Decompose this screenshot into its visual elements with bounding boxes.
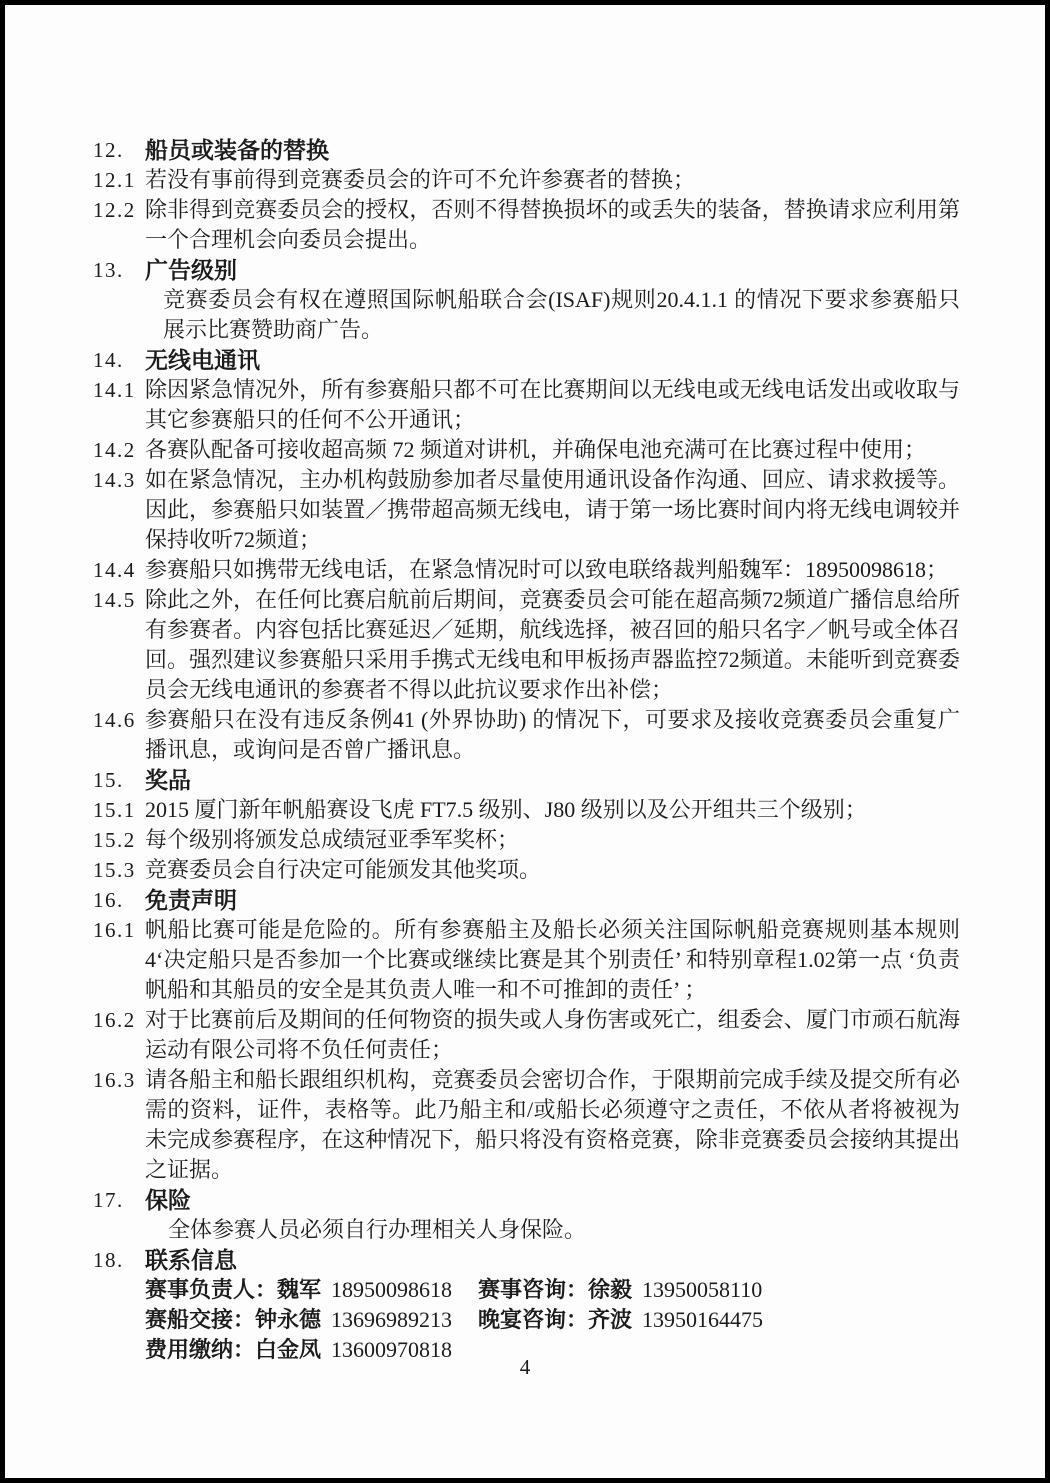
contact-entry: 赛船交接：钟永德 13696989213 xyxy=(145,1305,478,1335)
section-17-body: 全体参赛人员必须自行办理相关人身保险。 xyxy=(93,1215,960,1245)
section-title: 船员或装备的替换 xyxy=(145,135,329,165)
clause-text: 各赛队配备可接收超高频 72 频道对讲机，并确保电池充满可在比赛过程中使用； xyxy=(145,435,960,465)
clause-number: 14.1 xyxy=(93,375,145,405)
page-number: 4 xyxy=(5,1355,1045,1380)
clause-number: 15.3 xyxy=(93,855,145,885)
section-number: 16. xyxy=(93,885,145,915)
contact-label: 晚宴咨询：齐波 xyxy=(478,1305,632,1335)
contact-list: 赛事负责人：魏军 18950098618 赛事咨询：徐毅 13950058110… xyxy=(145,1275,960,1365)
contact-info-block: 赛事负责人：魏军 18950098618 赛事咨询：徐毅 13950058110… xyxy=(93,1275,960,1365)
clause-text: 竞赛委员会自行决定可能颁发其他奖项。 xyxy=(145,855,960,885)
clause-number: 14.2 xyxy=(93,435,145,465)
contact-phone: 13950164475 xyxy=(642,1305,763,1335)
clause-number: 14.4 xyxy=(93,555,145,585)
clause-12-2: 12.2 除非得到竞赛委员会的授权，否则不得替换损坏的或丢失的装备，替换请求应利… xyxy=(93,195,960,255)
clause-text: 除因紧急情况外，所有参赛船只都不可在比赛期间以无线电或无线电话发出或收取与其它参… xyxy=(145,375,960,435)
clause-number: 16.3 xyxy=(93,1065,145,1095)
section-body-text: 全体参赛人员必须自行办理相关人身保险。 xyxy=(145,1215,960,1245)
clause-14-3: 14.3 如在紧急情况，主办机构鼓励参加者尽量使用通讯设备作沟通、回应、请求救援… xyxy=(93,465,960,555)
clause-number: 14.3 xyxy=(93,465,145,495)
clause-text: 对于比赛前后及期间的任何物资的损失或人身伤害或死亡，组委会、厦门市顽石航海运动有… xyxy=(145,1005,960,1065)
document-content: 12. 船员或装备的替换 12.1 若没有事前得到竞赛委员会的许可不允许参赛者的… xyxy=(5,5,1045,1365)
contact-phone: 18950098618 xyxy=(331,1275,452,1305)
contact-row-1: 赛事负责人：魏军 18950098618 赛事咨询：徐毅 13950058110 xyxy=(145,1275,960,1305)
clause-16-2: 16.2 对于比赛前后及期间的任何物资的损失或人身伤害或死亡，组委会、厦门市顽石… xyxy=(93,1005,960,1065)
clause-text: 参赛船只在没有违反条例41 (外界协助) 的情况下，可要求及接收竞赛委员会重复广… xyxy=(145,705,960,765)
section-title: 无线电通讯 xyxy=(145,345,260,375)
section-heading-15: 15. 奖品 xyxy=(93,765,960,795)
section-title: 广告级别 xyxy=(145,255,237,285)
contact-row-2: 赛船交接：钟永德 13696989213 晚宴咨询：齐波 13950164475 xyxy=(145,1305,960,1335)
clause-text: 请各船主和船长跟组织机构，竞赛委员会密切合作，于限期前完成手续及提交所有必需的资… xyxy=(145,1065,960,1185)
section-heading-17: 17. 保险 xyxy=(93,1185,960,1215)
clause-14-5: 14.5 除此之外，在任何比赛启航前后期间，竞赛委员会可能在超高频72频道广播信… xyxy=(93,585,960,705)
section-heading-14: 14. 无线电通讯 xyxy=(93,345,960,375)
clause-text: 除非得到竞赛委员会的授权，否则不得替换损坏的或丢失的装备，替换请求应利用第一个合… xyxy=(145,195,960,255)
clause-15-1: 15.1 2015 厦门新年帆船赛设飞虎 FT7.5 级别、J80 级别以及公开… xyxy=(93,795,960,825)
clause-number: 12.2 xyxy=(93,195,145,225)
contact-phone: 13696989213 xyxy=(331,1305,452,1335)
section-heading-16: 16. 免责声明 xyxy=(93,885,960,915)
section-number: 17. xyxy=(93,1185,145,1215)
clause-15-3: 15.3 竞赛委员会自行决定可能颁发其他奖项。 xyxy=(93,855,960,885)
section-13-body: 竞赛委员会有权在遵照国际帆船联合会(ISAF)规则20.4.1.1 的情况下要求… xyxy=(93,285,960,345)
clause-14-6: 14.6 参赛船只在没有违反条例41 (外界协助) 的情况下，可要求及接收竞赛委… xyxy=(93,705,960,765)
clause-16-1: 16.1 帆船比赛可能是危险的。所有参赛船主及船长必须关注国际帆船竞赛规则基本规… xyxy=(93,915,960,1005)
clause-16-3: 16.3 请各船主和船长跟组织机构，竞赛委员会密切合作，于限期前完成手续及提交所… xyxy=(93,1065,960,1185)
clause-number: 16.1 xyxy=(93,915,145,945)
clause-number: 14.6 xyxy=(93,705,145,735)
section-title: 奖品 xyxy=(145,765,191,795)
clause-number: 14.5 xyxy=(93,585,145,615)
contact-label: 赛事负责人：魏军 xyxy=(145,1275,321,1305)
clause-number: 15.2 xyxy=(93,825,145,855)
clause-14-4: 14.4 参赛船只如携带无线电话，在紧急情况时可以致电联络裁判船魏军：18950… xyxy=(93,555,960,585)
clause-14-1: 14.1 除因紧急情况外，所有参赛船只都不可在比赛期间以无线电或无线电话发出或收… xyxy=(93,375,960,435)
section-number: 12. xyxy=(93,135,145,165)
clause-number: 16.2 xyxy=(93,1005,145,1035)
clause-14-2: 14.2 各赛队配备可接收超高频 72 频道对讲机，并确保电池充满可在比赛过程中… xyxy=(93,435,960,465)
contact-entry: 赛事负责人：魏军 18950098618 xyxy=(145,1275,478,1305)
clause-text: 参赛船只如携带无线电话，在紧急情况时可以致电联络裁判船魏军：1895009861… xyxy=(145,555,960,585)
section-number: 15. xyxy=(93,765,145,795)
section-title: 保险 xyxy=(145,1185,191,1215)
section-heading-13: 13. 广告级别 xyxy=(93,255,960,285)
clause-text: 帆船比赛可能是危险的。所有参赛船主及船长必须关注国际帆船竞赛规则基本规则4‘决定… xyxy=(145,915,960,1005)
section-number: 13. xyxy=(93,255,145,285)
clause-text: 如在紧急情况，主办机构鼓励参加者尽量使用通讯设备作沟通、回应、请求救援等。因此，… xyxy=(145,465,960,555)
section-body-text: 竞赛委员会有权在遵照国际帆船联合会(ISAF)规则20.4.1.1 的情况下要求… xyxy=(145,285,960,345)
contact-entry: 赛事咨询：徐毅 13950058110 xyxy=(478,1275,762,1305)
section-heading-18: 18. 联系信息 xyxy=(93,1245,960,1275)
document-page: 12. 船员或装备的替换 12.1 若没有事前得到竞赛委员会的许可不允许参赛者的… xyxy=(0,0,1050,1483)
section-title: 联系信息 xyxy=(145,1245,237,1275)
clause-text: 若没有事前得到竞赛委员会的许可不允许参赛者的替换； xyxy=(145,165,960,195)
section-title: 免责声明 xyxy=(145,885,237,915)
section-number: 18. xyxy=(93,1245,145,1275)
clause-text: 除此之外，在任何比赛启航前后期间，竞赛委员会可能在超高频72频道广播信息给所有参… xyxy=(145,585,960,705)
clause-15-2: 15.2 每个级别将颁发总成绩冠亚季军奖杯； xyxy=(93,825,960,855)
contact-phone: 13950058110 xyxy=(642,1275,762,1305)
contact-entry: 晚宴咨询：齐波 13950164475 xyxy=(478,1305,763,1335)
section-heading-12: 12. 船员或装备的替换 xyxy=(93,135,960,165)
clause-number: 12.1 xyxy=(93,165,145,195)
clause-number: 15.1 xyxy=(93,795,145,825)
clause-text: 每个级别将颁发总成绩冠亚季军奖杯； xyxy=(145,825,960,855)
clause-text: 2015 厦门新年帆船赛设飞虎 FT7.5 级别、J80 级别以及公开组共三个级… xyxy=(145,795,960,825)
contact-label: 赛船交接：钟永德 xyxy=(145,1305,321,1335)
section-number: 14. xyxy=(93,345,145,375)
clause-12-1: 12.1 若没有事前得到竞赛委员会的许可不允许参赛者的替换； xyxy=(93,165,960,195)
contact-label: 赛事咨询：徐毅 xyxy=(478,1275,632,1305)
